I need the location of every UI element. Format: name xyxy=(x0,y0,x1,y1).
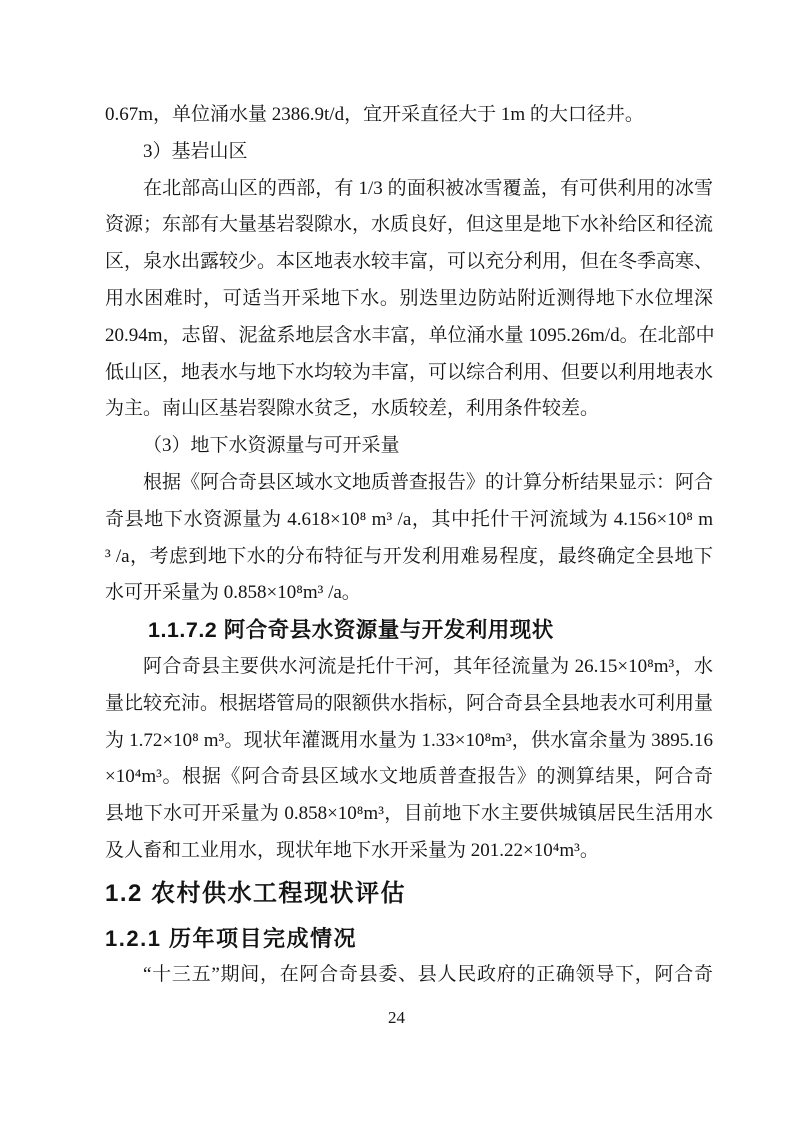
para-water-resources-status: ×10⁴m³。根据《阿合奇县区域水文地质普查报告》的测算结果，阿合奇 xyxy=(105,759,713,796)
para-bedrock-body: 资源；东部有大量基岩裂隙水，水质良好，但这里是地下水补给区和径流 xyxy=(105,207,713,244)
heading-1-1-7-2: 1.1.7.2 阿合奇县水资源量与开发利用现状 xyxy=(105,612,713,649)
heading-1-2-1: 1.2.1 历年项目完成情况 xyxy=(105,921,713,958)
para-groundwater-body: 水可开采量为 0.858×10⁸m³ /a。 xyxy=(105,575,713,612)
para-bedrock-body: 用水困难时，可适当开采地下水。别迭里边防站附近测得地下水位埋深 xyxy=(105,281,713,318)
document-body: 0.67m，单位涌水量 2386.9t/d，宜开采直径大于 1m 的大口径井。3… xyxy=(105,97,713,994)
para-bedrock-body: 20.94m，志留、泥盆系地层含水丰富，单位涌水量 1095.26m/d。在北部… xyxy=(105,318,713,355)
para-water-resources-status: 及人畜和工业用水，现状年地下水开采量为 201.22×10⁴m³。 xyxy=(105,833,713,870)
para-bedrock-body: 区，泉水出露较少。本区地表水较丰富，可以充分利用，但在冬季高寒、 xyxy=(105,244,713,281)
para-bedrock-title: 3）基岩山区 xyxy=(105,134,713,171)
para-water-resources-status: 为 1.72×10⁸ m³。现状年灌溉用水量为 1.33×10⁸m³，供水富余量… xyxy=(105,723,713,760)
heading-1-2: 1.2 农村供水工程现状评估 xyxy=(105,876,713,913)
para-bedrock-body: 低山区，地表水与地下水均较为丰富，可以综合利用、但要以利用地表水 xyxy=(105,355,713,392)
para-groundwater-title: （3）地下水资源量与可开采量 xyxy=(105,428,713,465)
para-water-resources-status: 阿合奇县主要供水河流是托什干河，其年径流量为 26.15×10⁸m³，水 xyxy=(105,649,713,686)
page-number: 24 xyxy=(0,1008,793,1028)
para-groundwater-body: 奇县地下水资源量为 4.618×10⁸ m³ /a，其中托什干河流域为 4.15… xyxy=(105,502,713,539)
document-page: 0.67m，单位涌水量 2386.9t/d，宜开采直径大于 1m 的大口径井。3… xyxy=(0,0,793,1122)
para-groundwater-body: 根据《阿合奇县区域水文地质普查报告》的计算分析结果显示：阿合 xyxy=(105,465,713,502)
para-bedrock-body: 为主。南山区基岩裂隙水贫乏，水质较差，利用条件较差。 xyxy=(105,391,713,428)
para-water-resources-status: 量比较充沛。根据塔管局的限额供水指标，阿合奇县全县地表水可利用量 xyxy=(105,686,713,723)
para-bedrock-body: 在北部高山区的西部，有 1/3 的面积被冰雪覆盖，有可供利用的冰雪 xyxy=(105,171,713,208)
para-water-resources-status: 县地下水可开采量为 0.858×10⁸m³，目前地下水主要供城镇居民生活用水 xyxy=(105,796,713,833)
para-shisanwu: “十三五”期间，在阿合奇县委、县人民政府的正确领导下，阿合奇 xyxy=(105,957,713,994)
para-groundwater-body: ³ /a，考虑到地下水的分布特征与开发利用难易程度，最终确定全县地下 xyxy=(105,539,713,576)
para-well-yield: 0.67m，单位涌水量 2386.9t/d，宜开采直径大于 1m 的大口径井。 xyxy=(105,97,713,134)
